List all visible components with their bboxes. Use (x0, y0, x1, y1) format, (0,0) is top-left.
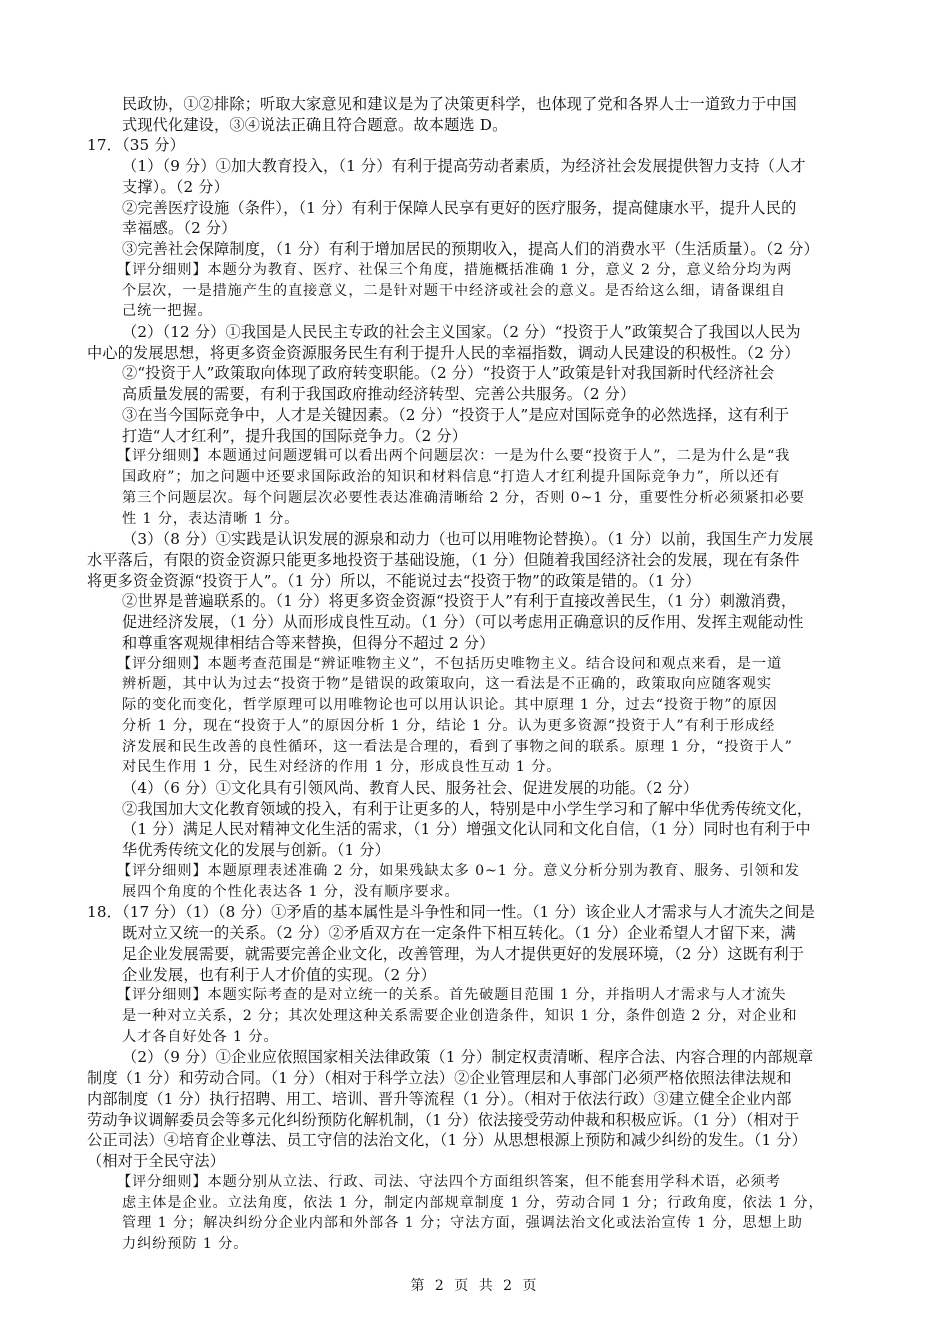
answer-line: 足企业发展需要，就需要完善企业文化，改善管理，为人才提供更好的发展环境，（2 分… (122, 943, 804, 965)
answer-line: 式现代化建设，③④说法正确且符合题意。故本题选 D。 (122, 114, 507, 136)
answer-line: 民政协，①②排除；听取大家意见和建议是为了决策更科学，也体现了党和各界人士一道致… (122, 93, 797, 115)
answer-line: ③在当今国际竞争中，人才是关键因素。（2 分）“投资于人”是应对国际竞争的必然选… (122, 404, 789, 426)
answer-line: 高质量发展的需要，有利于我国政府推动经济转型、完善公共服务。（2 分） (122, 383, 635, 405)
grading-rule-line: 是一种对立关系，2 分；其次处理这种关系需要企业创造条件，知识 1 分，条件创造… (122, 1005, 797, 1027)
answer-line: 制度（1 分）和劳动合同。（1 分）（相对于科学立法）②企业管理层和人事部门必须… (87, 1067, 792, 1089)
grading-rule-line: 己统一把握。 (122, 300, 213, 322)
answer-line: 既对立又统一的关系。（2 分）②矛盾双方在一定条件下相互转化。（1 分）企业希望… (122, 922, 796, 944)
grading-rule-line: 【评分细则】本题分别从立法、行政、司法、守法四个方面组织答案，但不能套用学科术语… (117, 1171, 781, 1193)
answer-line: 企业发展，也有利于人才价值的实现。（2 分） (122, 964, 436, 986)
grading-rule-line: 力纠纷预防 1 分。 (122, 1233, 248, 1255)
grading-rule-line: 济发展和民生改善的良性循环，这一看法是合理的，看到了事物之间的联系。原理 1 分… (122, 736, 793, 758)
answer-line: （4）（6 分）①文化具有引领风尚、教育人民、服务社会、促进发展的功能。（2 分… (122, 777, 698, 799)
answer-line: ③完善社会保障制度，（1 分）有利于增加居民的预期收入，提高人们的消费水平（生活… (122, 238, 819, 260)
answer-line: 幸福感。（2 分） (122, 217, 237, 239)
answer-line: （1）（9 分）①加大教育投入，（1 分）有利于提高劳动者素质，为经济社会发展提… (122, 155, 806, 177)
grading-rule-line: 国政府”；加之问题中还要求国际政治的知识和材料信息“打造人才红利提升国际竞争力”… (122, 466, 780, 488)
grading-rule-line: 对民生作用 1 分，民生对经济的作用 1 分，形成良性互动 1 分。 (122, 756, 561, 778)
grading-rule-line: 【评分细则】本题实际考查的是对立统一的关系。首先破题目范围 1 分，并指明人才需… (117, 984, 787, 1006)
answer-line: 17．（35 分） (87, 134, 185, 156)
answer-line: 促进经济发展，（1 分）从而形成良性互动。（1 分）（可以考虑用正确意识的反作用… (122, 611, 804, 633)
grading-rule-line: 第三个问题层次。每个问题层次必要性表达准确清晰给 2 分，否则 0~1 分，重要… (122, 487, 805, 509)
grading-rule-line: 【评分细则】本题通过问题逻辑可以看出两个问题层次：一是为什么要“投资于人”，二是… (117, 445, 790, 467)
answer-line: （相对于全民守法） (87, 1150, 225, 1172)
grading-rule-line: 性 1 分，表达清晰 1 分。 (122, 508, 299, 530)
answer-line: ②完善医疗设施（条件），（1 分）有利于保障人民享有更好的医疗服务，提高健康水平… (122, 197, 796, 219)
answer-line: （1 分）满足人民对精神文化生活的需求，（1 分）增强文化认同和文化自信，（1 … (122, 818, 811, 840)
grading-rule-line: 【评分细则】本题原理表述准确 2 分，如果残缺太多 0~1 分。意义分析分别为教… (117, 860, 800, 882)
answer-line: 支撑）。（2 分） (122, 176, 229, 198)
answer-line: ②“投资于人”政策取向体现了政府转变职能。（2 分）“投资于人”政策是针对我国新… (122, 362, 774, 384)
answer-line: ②我国加大文化教育领域的投入，有利于让更多的人，特别是中小学生学习和了解中华优秀… (122, 798, 812, 820)
answer-line: 内部制度（1 分）执行招聘、用工、培训、晋升等流程（1 分）。（相对于依法行政）… (87, 1088, 792, 1110)
answer-line: （2）（9 分）①企业应依照国家相关法律政策（1 分）制定权责清晰、程序合法、内… (122, 1046, 813, 1068)
grading-rule-line: 际的变化而变化，哲学原理可以用唯物论也可以用认识论。其中原理 1 分，过去“投资… (122, 694, 778, 716)
answer-line: 打造“人才红利”，提升我国的国际竞争力。（2 分） (122, 425, 467, 447)
answer-line: 将更多资金资源“投资于人”。（1 分）所以，不能说过去“投资于物”的政策是错的。… (87, 570, 701, 592)
answer-line: （3）（8 分）①实践是认识发展的源泉和动力（也可以用唯物论替换）。（1 分）以… (122, 528, 813, 550)
grading-rule-line: 【评分细则】本题考查范围是“辨证唯物主义”，不包括历史唯物主义。结合设问和观点来… (117, 653, 782, 675)
grading-rule-line: 【评分细则】本题分为教育、医疗、社保三个角度，措施概括准确 1 分，意义 2 分… (117, 259, 792, 281)
grading-rule-line: 展四个角度的个性化表达各 1 分，没有顺序要求。 (122, 881, 460, 903)
grading-rule-line: 虑主体是企业。立法角度，依法 1 分，制定内部规章制度 1 分，劳动合同 1 分… (122, 1192, 824, 1214)
page-footer: 第 2 页 共 2 页 (0, 1275, 950, 1295)
answer-line: 18．（17 分）（1）（8 分）①矛盾的基本属性是斗争性和同一性。（1 分）该… (87, 901, 815, 923)
answer-line: 华优秀传统文化的发展与创新。（1 分） (122, 839, 390, 861)
grading-rule-line: 管理 1 分；解决纠纷分企业内部和外部各 1 分；守法方面，强调法治文化或法治宣… (122, 1212, 803, 1234)
grading-rule-line: 个层次，一是措施产生的直接意义，二是针对题干中经济或社会的意义。是否给这么细，请… (122, 280, 786, 302)
answer-line: 公正司法）④培育企业尊法、员工守信的法治文化，（1 分）从思想根源上预防和减少纠… (87, 1129, 807, 1151)
grading-rule-line: 人才各自好处各 1 分。 (122, 1026, 279, 1048)
grading-rule-line: 辨析题，其中认为过去“投资于物”是错误的政策取向，这一看法是不正确的，政策取向应… (122, 673, 772, 695)
answer-line: 中心的发展思想，将更多资金资源服务民生有利于提升人民的幸福指数，调动人民建设的积… (87, 342, 800, 364)
answer-line: （2）（12 分）①我国是人民民主专政的社会主义国家。（2 分）“投资于人”政策… (122, 321, 801, 343)
answer-line: 劳动争议调解委员会等多元化纠纷预防化解机制，（1 分）依法接受劳动仲裁和积极应诉… (87, 1109, 799, 1131)
answer-line: 和尊重客观规律相结合等来替换，但得分不超过 2 分） (122, 632, 495, 654)
grading-rule-line: 分析 1 分，现在“投资于人”的原因分析 1 分，结论 1 分。认为更多资源“投… (122, 715, 775, 737)
answer-line: ②世界是普遍联系的。（1 分）将更多资金资源“投资于人”有利于直接改善民生，（1… (122, 590, 796, 612)
answer-line: 水平落后，有限的资金资源只能更多地投资于基础设施，（1 分）但随着我国经济社会的… (87, 549, 800, 571)
